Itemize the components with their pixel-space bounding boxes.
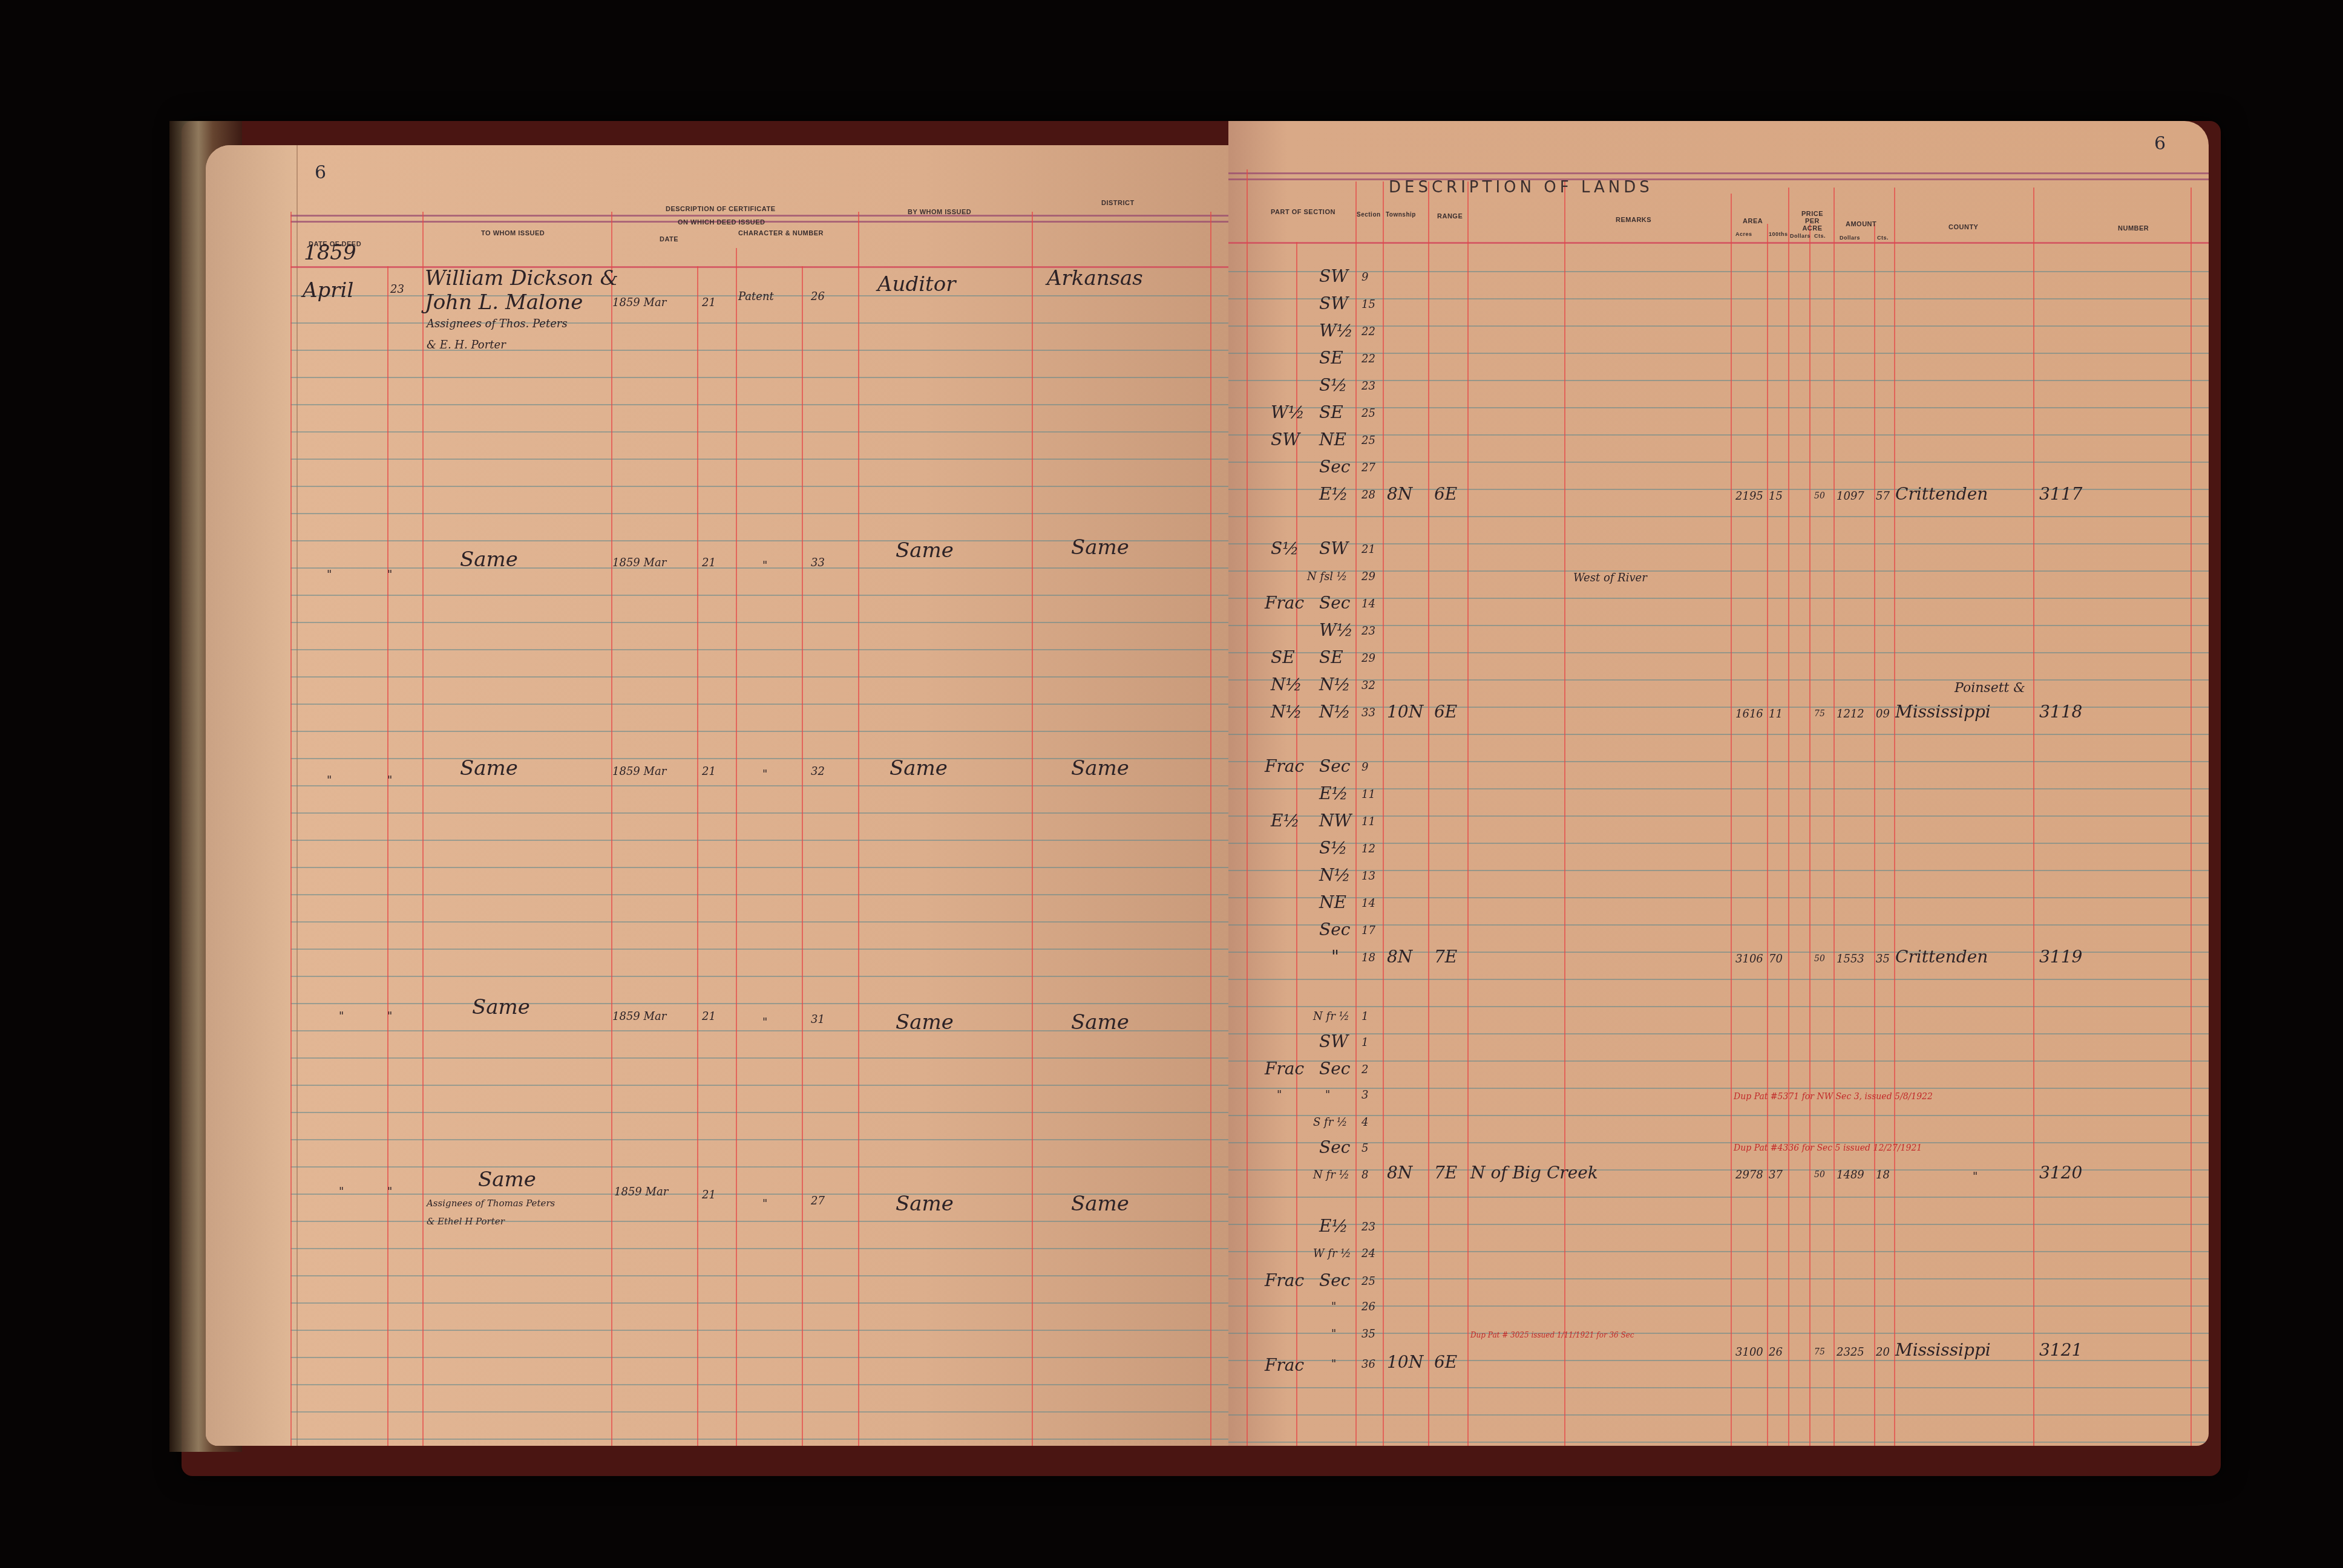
- section: 9: [1362, 271, 1368, 284]
- section: 1: [1362, 1010, 1368, 1023]
- red-annotation: Dup Pat #4336 for Sec 5 issued 12/27/192…: [1734, 1143, 1922, 1153]
- part-of-section: SE: [1319, 647, 1343, 667]
- section: 29: [1362, 570, 1375, 583]
- cert-day: 21: [702, 1010, 716, 1023]
- section: 33: [1362, 707, 1375, 719]
- deed-day: ": [387, 1010, 392, 1023]
- red-annotation: Dup Pat #5371 for NW Sec 3, issued 5/8/1…: [1734, 1092, 1933, 1102]
- part-of-section: W½: [1319, 620, 1353, 640]
- deed-day: 23: [390, 283, 404, 296]
- cert-number: 32: [811, 765, 825, 778]
- amount-dollars: 1097: [1837, 490, 1864, 503]
- section: 14: [1362, 598, 1375, 610]
- part-of-section: Sec: [1319, 1137, 1350, 1157]
- left-page-number: 6: [315, 162, 326, 183]
- grantee: Same: [472, 995, 530, 1019]
- part-of-section: N½: [1319, 702, 1351, 722]
- part-of-section: ": [1331, 1328, 1336, 1341]
- county: Mississippi: [1895, 702, 1991, 722]
- cert-character: ": [762, 768, 767, 781]
- part-of-section: S fr ½: [1313, 1116, 1348, 1129]
- section: 25: [1362, 434, 1375, 447]
- section: 35: [1362, 1328, 1375, 1341]
- part-of-section: S½: [1319, 375, 1347, 395]
- amount-cents: 35: [1876, 953, 1890, 965]
- cert-number: 33: [811, 557, 825, 569]
- amount-dollars: 1489: [1837, 1169, 1864, 1181]
- deed-number: 3117: [2039, 484, 2082, 504]
- cert-day: 21: [702, 557, 716, 569]
- acres: 3106: [1735, 953, 1763, 965]
- section: 29: [1362, 652, 1375, 665]
- header-section: Section: [1357, 212, 1381, 218]
- grantee-2: John L. Malone: [425, 290, 583, 315]
- section: 23: [1362, 380, 1375, 393]
- part-of-section: N½: [1319, 865, 1351, 885]
- township: 8N: [1387, 1163, 1412, 1183]
- price-cents: 75: [1814, 709, 1825, 719]
- quarter: SW: [1271, 430, 1300, 449]
- county-line-1: Poinsett &: [1955, 681, 2025, 696]
- amount-cents: 18: [1876, 1169, 1890, 1181]
- range: 7E: [1434, 1163, 1457, 1183]
- district: Same: [1071, 535, 1129, 560]
- range: 7E: [1434, 947, 1457, 967]
- range: 6E: [1434, 484, 1457, 504]
- cert-character: ": [762, 1016, 767, 1029]
- deed-number: 3119: [2039, 947, 2082, 967]
- part-of-section: SE: [1319, 348, 1343, 368]
- district: Same: [1071, 1010, 1129, 1034]
- header-acres: Acres: [1735, 231, 1752, 237]
- deed-day: ": [387, 1186, 392, 1198]
- deed-month: April: [303, 278, 353, 302]
- section: 1: [1362, 1036, 1368, 1049]
- header-range: RANGE: [1437, 213, 1463, 220]
- township: 10N: [1387, 1352, 1423, 1372]
- district: Arkansas: [1047, 266, 1143, 290]
- deed-number: 3118: [2039, 702, 2082, 722]
- grantee: Same: [478, 1168, 536, 1192]
- part-of-section: S½: [1319, 838, 1347, 858]
- part-of-section: E½: [1319, 484, 1348, 504]
- deed-month: ": [339, 1010, 344, 1023]
- section: 14: [1362, 897, 1375, 910]
- part-of-section: ": [1331, 1358, 1336, 1371]
- county: Mississippi: [1895, 1340, 1991, 1360]
- page-stack-edge: [206, 145, 298, 1446]
- cert-day: 21: [702, 765, 716, 778]
- part-of-section: N fr ½: [1313, 1010, 1349, 1023]
- quarter: Frac: [1265, 756, 1304, 776]
- quarter: Frac: [1265, 1270, 1304, 1290]
- red-annotation: Dup Pat # 3025 issued 1/11/1921 for 36 S…: [1470, 1331, 1634, 1339]
- amount-dollars: 1212: [1837, 708, 1864, 720]
- quarter: Frac: [1265, 1059, 1304, 1079]
- acres: 3100: [1735, 1346, 1763, 1359]
- price-cents: 50: [1814, 954, 1825, 964]
- part-of-section: N fr ½: [1313, 1169, 1349, 1181]
- cert-number: 31: [811, 1013, 825, 1026]
- township: 8N: [1387, 947, 1412, 967]
- cert-character: ": [762, 1198, 767, 1210]
- header-district: DISTRICT: [1101, 200, 1135, 207]
- price-cents: 75: [1814, 1347, 1825, 1357]
- part-of-section: SW: [1319, 266, 1348, 286]
- header-township: Township: [1386, 212, 1416, 218]
- part-of-section: NE: [1319, 892, 1346, 912]
- part-of-section: W fr ½: [1313, 1247, 1351, 1260]
- assignee-note-2: & E. H. Porter: [427, 339, 506, 351]
- section: 2: [1362, 1063, 1368, 1076]
- year: 1859: [304, 241, 356, 265]
- county: Crittenden: [1895, 484, 1988, 504]
- section: 25: [1362, 407, 1375, 420]
- assignee-note-2: & Ethel H Porter: [427, 1216, 505, 1227]
- section: 9: [1362, 761, 1368, 774]
- part-of-section: ": [1325, 1089, 1330, 1102]
- section: 27: [1362, 462, 1375, 474]
- part-of-section: Sec: [1319, 1270, 1350, 1290]
- description-of-lands-title: DESCRIPTION OF LANDS: [1389, 178, 1653, 197]
- section: 22: [1362, 325, 1375, 338]
- section: 15: [1362, 298, 1375, 311]
- deed-day: ": [387, 774, 392, 787]
- deed-number: 3120: [2039, 1163, 2082, 1183]
- header-county: COUNTY: [1948, 224, 1978, 231]
- cert-day: 21: [702, 296, 716, 309]
- part-of-section: ": [1331, 947, 1339, 967]
- range: 6E: [1434, 1352, 1457, 1372]
- acres-hundredths: 26: [1769, 1346, 1783, 1359]
- amount-cents: 09: [1876, 708, 1890, 720]
- header-price-per-acre: PRICE PER ACRE: [1794, 211, 1830, 232]
- section: 11: [1362, 788, 1375, 801]
- header-price-cts: Cts.: [1814, 233, 1826, 239]
- cert-day: 21: [702, 1189, 716, 1201]
- amount-dollars: 2325: [1837, 1346, 1864, 1359]
- header-date: DATE: [660, 236, 678, 243]
- part-of-section: SW: [1319, 538, 1348, 558]
- part-of-section: Sec: [1319, 457, 1350, 477]
- part-of-section: Sec: [1319, 756, 1350, 776]
- deed-number: 3121: [2039, 1340, 2082, 1360]
- grantee: William Dickson &: [425, 266, 618, 290]
- assignee-note: Assignees of Thos. Peters: [427, 318, 568, 330]
- deed-month: ": [327, 569, 332, 581]
- price-cents: 50: [1814, 491, 1825, 501]
- deed-month: ": [327, 774, 332, 787]
- cert-date: 1859 Mar: [612, 296, 666, 309]
- remarks: West of River: [1573, 572, 1647, 584]
- quarter: Frac: [1265, 593, 1304, 613]
- township: 10N: [1387, 702, 1423, 722]
- cert-number: 27: [811, 1195, 825, 1207]
- section: 8: [1362, 1169, 1368, 1181]
- issuer: Same: [890, 756, 948, 780]
- remarks: N of Big Creek: [1470, 1163, 1598, 1183]
- quarter: SE: [1271, 647, 1295, 667]
- part-of-section: E½: [1319, 1216, 1348, 1236]
- amount-dollars: 1553: [1837, 953, 1864, 965]
- header-amount-dollars: Dollars: [1840, 235, 1860, 241]
- quarter: N½: [1271, 702, 1302, 722]
- district: Same: [1071, 756, 1129, 780]
- section: 32: [1362, 679, 1375, 692]
- cert-date: 1859 Mar: [612, 1010, 666, 1023]
- cert-character: ": [762, 560, 767, 572]
- header-description-of-certificate: DESCRIPTION OF CERTIFICATE: [666, 206, 775, 213]
- section: 3: [1362, 1089, 1368, 1102]
- right-page: 6 DESCRIPTION OF LANDS PART OF SECTION S…: [1228, 121, 2209, 1446]
- quarter: E½: [1271, 811, 1300, 831]
- part-of-section: E½: [1319, 783, 1348, 803]
- header-on-which-deed-issued: ON WHICH DEED ISSUED: [678, 219, 765, 226]
- part-of-section: W½: [1319, 321, 1353, 341]
- part-of-section: Sec: [1319, 920, 1350, 939]
- header-number: NUMBER: [2118, 225, 2149, 232]
- grantee: Same: [460, 547, 518, 572]
- assignee-note: Assignees of Thomas Peters: [427, 1198, 555, 1209]
- part-of-section: NW: [1319, 811, 1351, 831]
- header-amount-cts: Cts.: [1877, 235, 1889, 241]
- grantee: Same: [460, 756, 518, 780]
- range: 6E: [1434, 702, 1457, 722]
- header-price-dollars: Dollars: [1790, 233, 1810, 239]
- acres: 1616: [1735, 708, 1763, 720]
- acres-hundredths: 37: [1769, 1169, 1783, 1181]
- section: 28: [1362, 489, 1375, 501]
- section: 23: [1362, 1221, 1375, 1233]
- part-of-section: SW: [1319, 293, 1348, 313]
- section: 18: [1362, 952, 1375, 964]
- section: 4: [1362, 1116, 1368, 1129]
- acres: 2195: [1735, 490, 1763, 503]
- header-100ths: 100ths: [1769, 231, 1788, 237]
- section: 36: [1362, 1358, 1375, 1371]
- section: 23: [1362, 625, 1375, 638]
- section: 11: [1362, 815, 1375, 828]
- township: 8N: [1387, 484, 1412, 504]
- acres-hundredths: 11: [1769, 708, 1783, 720]
- quarter: N½: [1271, 675, 1302, 694]
- acres-hundredths: 15: [1769, 490, 1783, 503]
- acres-hundredths: 70: [1769, 953, 1783, 965]
- section: 26: [1362, 1301, 1375, 1313]
- header-part-of-section: PART OF SECTION: [1271, 209, 1335, 216]
- part-of-section: N½: [1319, 675, 1351, 694]
- cert-date: 1859 Mar: [612, 557, 666, 569]
- part-of-section: N fsl ½: [1307, 570, 1347, 583]
- district: Same: [1071, 1192, 1129, 1216]
- section: 24: [1362, 1247, 1375, 1260]
- section: 21: [1362, 543, 1375, 556]
- right-page-number: 6: [2154, 133, 2166, 154]
- amount-cents: 20: [1876, 1346, 1890, 1359]
- quarter: ": [1277, 1089, 1282, 1102]
- issuer: Auditor: [877, 272, 955, 296]
- cert-number: 26: [811, 290, 825, 303]
- part-of-section: ": [1331, 1301, 1336, 1313]
- price-cents: 50: [1814, 1170, 1825, 1180]
- cert-date: 1859 Mar: [612, 765, 666, 778]
- amount-cents: 57: [1876, 490, 1890, 503]
- part-of-section: SE: [1319, 402, 1343, 422]
- county: ": [1973, 1171, 1978, 1183]
- deed-month: ": [339, 1186, 344, 1198]
- quarter: S½: [1271, 538, 1299, 558]
- section: 5: [1362, 1142, 1368, 1155]
- header-to-whom-issued: TO WHOM ISSUED: [481, 230, 545, 237]
- quarter: Frac: [1265, 1355, 1304, 1375]
- part-of-section: NE: [1319, 430, 1346, 449]
- issuer: Same: [896, 1192, 954, 1216]
- header-amount: AMOUNT: [1846, 221, 1876, 228]
- deed-day: ": [387, 569, 392, 581]
- issuer: Same: [896, 538, 954, 563]
- section: 17: [1362, 924, 1375, 937]
- left-page: 6 DATE OF DEED TO WHOM ISSUED DESCRIPTIO…: [206, 145, 1228, 1446]
- header-by-whom-issued: BY WHOM ISSUED: [908, 209, 971, 216]
- section: 12: [1362, 843, 1375, 855]
- cert-date: 1859 Mar: [614, 1186, 668, 1198]
- header-area: AREA: [1743, 218, 1763, 225]
- section: 25: [1362, 1275, 1375, 1288]
- part-of-section: SW: [1319, 1031, 1348, 1051]
- part-of-section: Sec: [1319, 1059, 1350, 1079]
- county: Crittenden: [1895, 947, 1988, 967]
- part-of-section: Sec: [1319, 593, 1350, 613]
- quarter: W½: [1271, 402, 1305, 422]
- section: 22: [1362, 353, 1375, 365]
- header-remarks: REMARKS: [1616, 217, 1651, 224]
- header-character-number: CHARACTER & NUMBER: [738, 230, 824, 237]
- issuer: Same: [896, 1010, 954, 1034]
- section: 13: [1362, 870, 1375, 883]
- cert-character: Patent: [738, 290, 774, 303]
- acres: 2978: [1735, 1169, 1763, 1181]
